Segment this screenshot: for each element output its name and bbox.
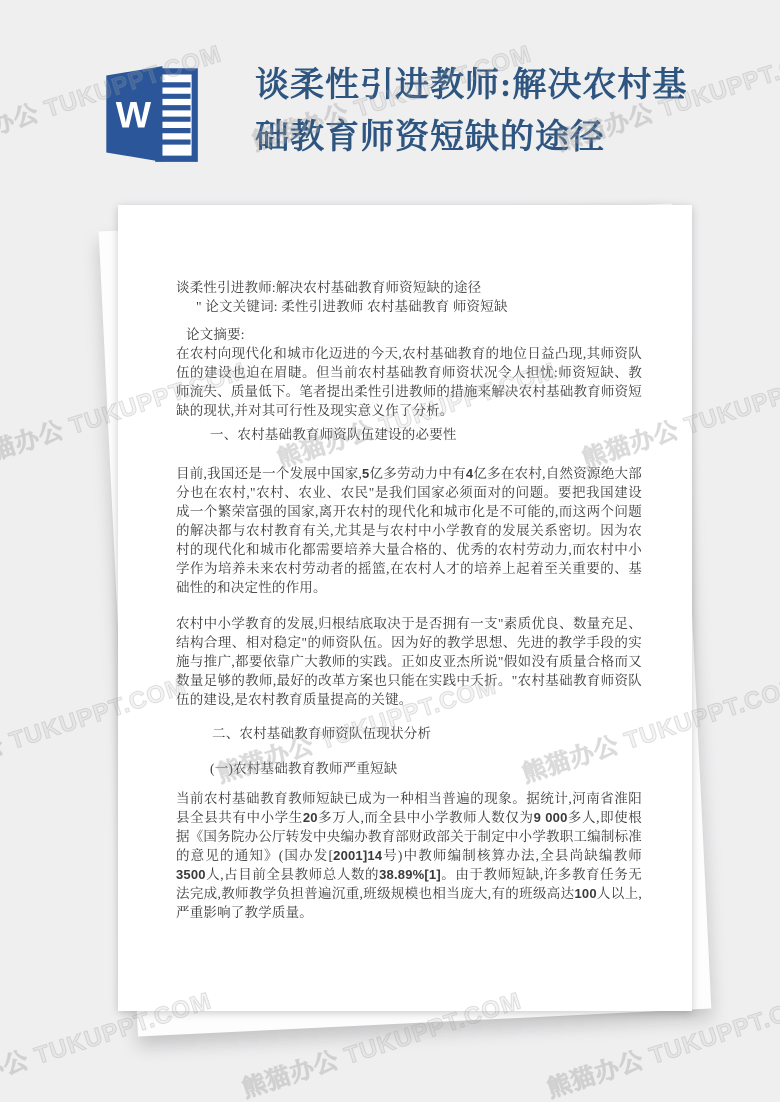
paragraph-2: 农村中小学教育的发展,归根结底取决于是否拥有一支"素质优良、数量充足、结构合理、… [176,614,642,709]
doc-title: 谈柔性引进教师:解决农村基础教育师资短缺的途径 [176,278,642,297]
paragraph-1: 目前,我国还是一个发展中国家,5亿多劳动力中有4亿多在农村,自然资源绝大部分也在… [176,464,642,597]
subsection-heading-2-1: (一)农村基础教育教师严重短缺 [176,759,642,778]
page-background: 熊猫办公 TUKUPPT.COM熊猫办公 TUKUPPT.COM熊猫办公 TUK… [0,0,780,1102]
document-page: 谈柔性引进教师:解决农村基础教育师资短缺的途径 " 论文关键词: 柔性引进教师 … [118,205,692,1011]
document-link-title[interactable]: 谈柔性引进教师:解决农村基础教育师资短缺的途径 [255,60,720,164]
abstract-paragraph: 在农村向现代化和城市化迈进的今天,农村基础教育的地位日益凸现,其师资队伍的建设也… [176,344,642,420]
keywords-line: " 论文关键词: 柔性引进教师 农村基础教育 师资短缺 [176,297,642,316]
word-file-icon: W [98,62,202,166]
section-heading-1: 一、农村基础教育师资队伍建设的必要性 [176,425,642,444]
section-heading-2: 二、农村基础教育师资队伍现状分析 [176,724,642,743]
word-icon-letter: W [116,94,152,136]
paragraph-3: 当前农村基础教育教师短缺已成为一种相当普遍的现象。据统计,河南省淮阳县全县共有中… [176,789,642,922]
abstract-label: 论文摘要: [176,325,642,344]
